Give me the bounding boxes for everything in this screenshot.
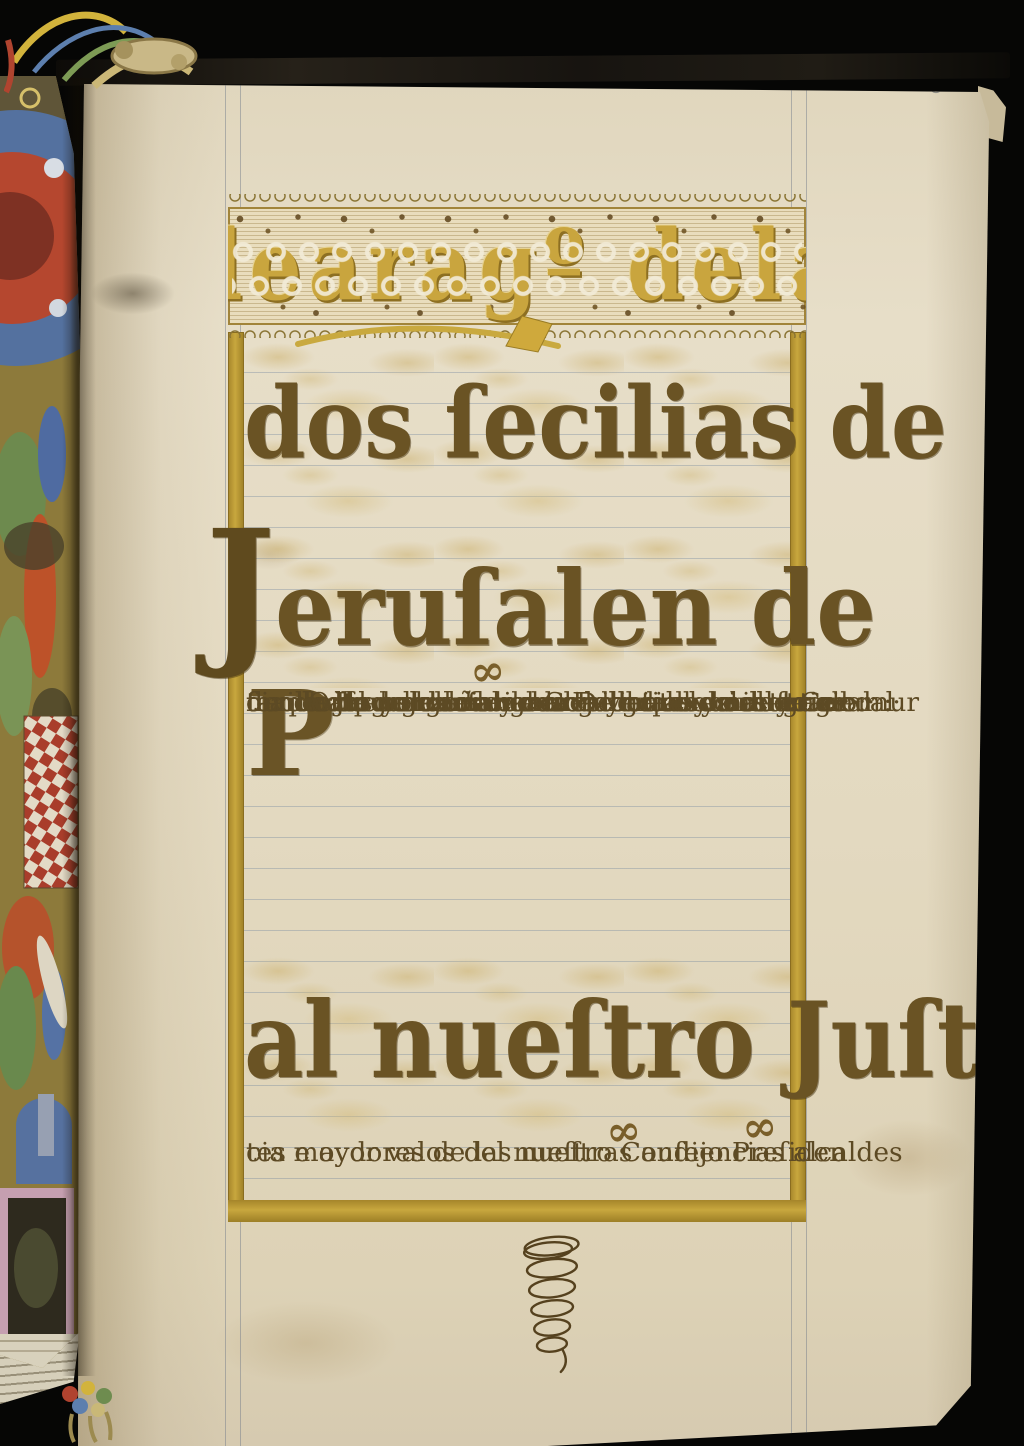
band-background: dearagº dela — [228, 207, 806, 325]
frame-left-bar — [228, 332, 244, 1222]
interlace-chain-row — [232, 275, 802, 297]
closing-line: tes e oydores de las nueſtras audiencias… — [246, 1136, 903, 1169]
tailband-tassel-bottom — [48, 1376, 138, 1446]
band-fringe-top — [228, 194, 806, 208]
title-band: dearagº dela — [228, 194, 806, 338]
gutter-shadow — [62, 78, 96, 1376]
frame-bottom-bar — [228, 1200, 806, 1222]
title-band-text: dearagº dela — [228, 207, 806, 325]
band-fringe-bottom — [228, 324, 806, 338]
margin-line-right-outer — [806, 74, 807, 1446]
display-line-al-nuestro-justi: al nueſtro Juſti — [244, 944, 790, 1147]
paragraph-line: de de aſpurg de flandes E de tirol . ece… — [246, 686, 901, 719]
headband-tassel-top — [4, 0, 219, 95]
spiral-pen-flourish — [506, 1232, 606, 1382]
display-line-dos-secilias: dos ſecilias de — [244, 341, 790, 509]
manuscript-photo: 6 dearagº dela — [0, 0, 1024, 1446]
interlace-chain-row — [232, 241, 802, 263]
margin-line-left-outer — [225, 74, 226, 1446]
manuscript-page: 6 dearagº dela — [78, 74, 990, 1446]
